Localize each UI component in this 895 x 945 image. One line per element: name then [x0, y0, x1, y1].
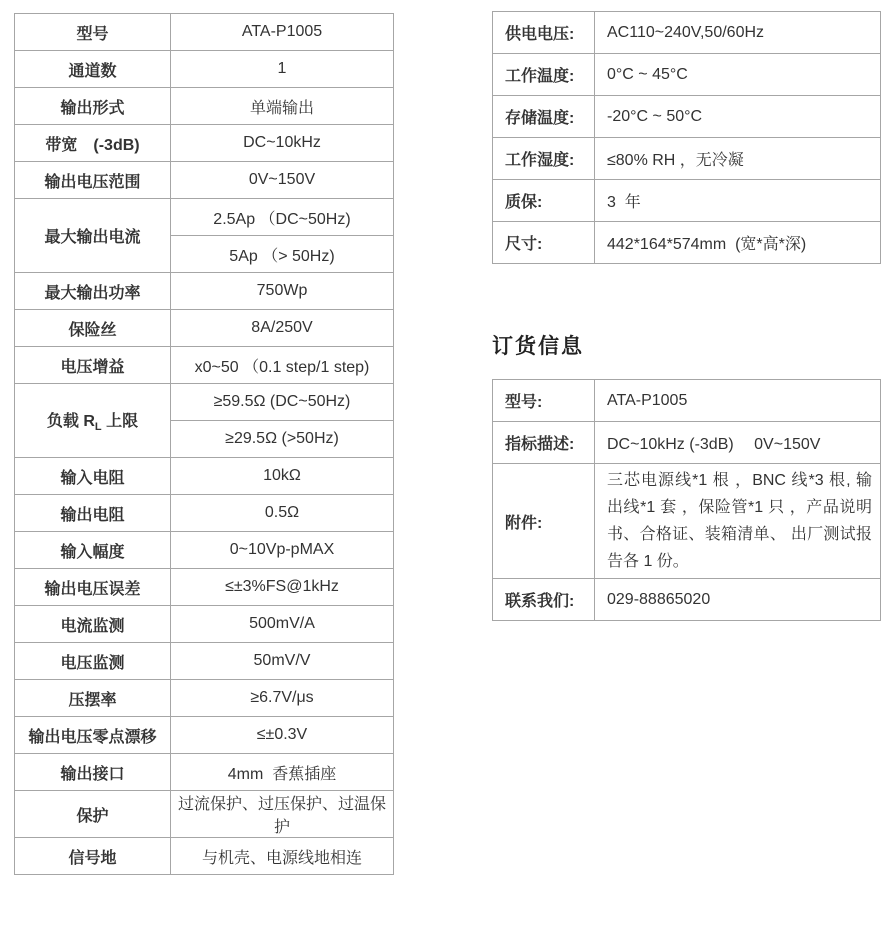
table-row: 输出电压范围 0V~150V: [15, 162, 394, 199]
environment-table: 供电电压: AC110~240V,50/60Hz 工作温度: 0°C ~ 45°…: [492, 11, 881, 264]
table-row: 输入电阻 10kΩ: [15, 458, 394, 495]
env-label: 供电电压:: [493, 12, 595, 54]
env-label: 尺寸:: [493, 222, 595, 264]
order-info-table: 型号: ATA-P1005 指标描述: DC~10kHz (-3dB) 0V~1…: [492, 379, 881, 621]
table-row: 输出电阻 0.5Ω: [15, 495, 394, 532]
order-label: 联系我们:: [493, 579, 595, 621]
spec-label: 压摆率: [15, 680, 171, 717]
spec-label: 带宽 (-3dB): [15, 125, 171, 162]
spec-label: 信号地: [15, 838, 171, 875]
table-row: 附件: 三芯电源线*1 根 ，BNC 线*3 根, 输出线*1 套 ，保险管*1…: [493, 464, 881, 579]
table-row: 指标描述: DC~10kHz (-3dB) 0V~150V: [493, 422, 881, 464]
spec-value: 2.5Ap （DC~50Hz): [171, 199, 394, 236]
spec-value: 8A/250V: [171, 310, 394, 347]
spec-label: 输出接口: [15, 754, 171, 791]
spec-table: 型号 ATA-P1005 通道数 1 输出形式 单端输出 带宽 (-3dB) D…: [14, 13, 394, 875]
spec-label: 输出电阻: [15, 495, 171, 532]
spec-value: x0~50 （0.1 step/1 step): [171, 347, 394, 384]
spec-value: 过流保护、过压保护、过温保护: [171, 791, 394, 838]
spec-value: ≥6.7V/μs: [171, 680, 394, 717]
spec-label: 输入电阻: [15, 458, 171, 495]
spec-label-text: 负载 R: [47, 413, 95, 430]
spec-value: 单端输出: [171, 88, 394, 125]
spec-label: 型号: [15, 14, 171, 51]
order-value: DC~10kHz (-3dB) 0V~150V: [595, 422, 881, 464]
table-row: 输出接口 4mm 香蕉插座: [15, 754, 394, 791]
table-row: 压摆率 ≥6.7V/μs: [15, 680, 394, 717]
env-value: 0°C ~ 45°C: [595, 54, 881, 96]
spec-label: 最大输出功率: [15, 273, 171, 310]
spec-label: 输出形式: [15, 88, 171, 125]
order-label: 指标描述:: [493, 422, 595, 464]
table-row: 电压监测 50mV/V: [15, 643, 394, 680]
env-label: 工作温度:: [493, 54, 595, 96]
table-row: 型号: ATA-P1005: [493, 380, 881, 422]
spec-value: 0V~150V: [171, 162, 394, 199]
spec-value: 500mV/A: [171, 606, 394, 643]
order-value-accessories: 三芯电源线*1 根 ，BNC 线*3 根, 输出线*1 套 ，保险管*1 只 ，…: [595, 464, 881, 579]
table-row: 供电电压: AC110~240V,50/60Hz: [493, 12, 881, 54]
spec-label: 输出电压误差: [15, 569, 171, 606]
table-row: 通道数 1: [15, 51, 394, 88]
spec-value: 1: [171, 51, 394, 88]
spec-value: 750Wp: [171, 273, 394, 310]
table-row: 最大输出电流 2.5Ap （DC~50Hz): [15, 199, 394, 236]
table-row: 工作湿度: ≤80% RH ，无冷凝: [493, 138, 881, 180]
spec-value: 50mV/V: [171, 643, 394, 680]
table-row: 型号 ATA-P1005: [15, 14, 394, 51]
env-value: -20°C ~ 50°C: [595, 96, 881, 138]
spec-value: ≤±3%FS@1kHz: [171, 569, 394, 606]
order-info-heading: 订货信息: [492, 330, 584, 360]
spec-label: 负载 RL 上限: [15, 384, 171, 458]
spec-label: 电流监测: [15, 606, 171, 643]
subscript-text: L: [95, 421, 102, 433]
spec-value: 5Ap （> 50Hz): [171, 236, 394, 273]
spec-value: 0~10Vp-pMAX: [171, 532, 394, 569]
env-label: 质保:: [493, 180, 595, 222]
spec-label: 通道数: [15, 51, 171, 88]
spec-value: DC~10kHz: [171, 125, 394, 162]
table-row: 电流监测 500mV/A: [15, 606, 394, 643]
spec-label: 输出电压范围: [15, 162, 171, 199]
env-value: ≤80% RH ，无冷凝: [595, 138, 881, 180]
env-label: 存储温度:: [493, 96, 595, 138]
table-row: 工作温度: 0°C ~ 45°C: [493, 54, 881, 96]
table-row: 联系我们: 029-88865020: [493, 579, 881, 621]
spec-value: 10kΩ: [171, 458, 394, 495]
table-row: 尺寸: 442*164*574mm (宽*高*深): [493, 222, 881, 264]
spec-label: 最大输出电流: [15, 199, 171, 273]
table-row: 质保: 3 年: [493, 180, 881, 222]
order-info-table-body: 型号: ATA-P1005 指标描述: DC~10kHz (-3dB) 0V~1…: [493, 380, 881, 621]
order-label: 型号:: [493, 380, 595, 422]
spec-label-text: 上限: [102, 413, 138, 430]
spec-value: ≥59.5Ω (DC~50Hz): [171, 384, 394, 421]
table-row: 电压增益 x0~50 （0.1 step/1 step): [15, 347, 394, 384]
order-value: ATA-P1005: [595, 380, 881, 422]
table-row: 负载 RL 上限 ≥59.5Ω (DC~50Hz): [15, 384, 394, 421]
table-row: 输入幅度 0~10Vp-pMAX: [15, 532, 394, 569]
spec-label: 保险丝: [15, 310, 171, 347]
table-row: 输出形式 单端输出: [15, 88, 394, 125]
env-value: AC110~240V,50/60Hz: [595, 12, 881, 54]
env-value: 3 年: [595, 180, 881, 222]
table-row: 最大输出功率 750Wp: [15, 273, 394, 310]
spec-label: 输出电压零点漂移: [15, 717, 171, 754]
spec-value: 0.5Ω: [171, 495, 394, 532]
env-label: 工作湿度:: [493, 138, 595, 180]
order-label: 附件:: [493, 464, 595, 579]
spec-value: ATA-P1005: [171, 14, 394, 51]
spec-value: 4mm 香蕉插座: [171, 754, 394, 791]
table-row: 存储温度: -20°C ~ 50°C: [493, 96, 881, 138]
table-row: 保护 过流保护、过压保护、过温保护: [15, 791, 394, 838]
table-row: 输出电压误差 ≤±3%FS@1kHz: [15, 569, 394, 606]
spec-value: ≤±0.3V: [171, 717, 394, 754]
spec-label: 电压增益: [15, 347, 171, 384]
spec-value: 与机壳、电源线地相连: [171, 838, 394, 875]
table-row: 信号地 与机壳、电源线地相连: [15, 838, 394, 875]
spec-label: 输入幅度: [15, 532, 171, 569]
spec-table-body: 型号 ATA-P1005 通道数 1 输出形式 单端输出 带宽 (-3dB) D…: [15, 14, 394, 875]
table-row: 保险丝 8A/250V: [15, 310, 394, 347]
spec-label: 保护: [15, 791, 171, 838]
environment-table-body: 供电电压: AC110~240V,50/60Hz 工作温度: 0°C ~ 45°…: [493, 12, 881, 264]
spec-value: ≥29.5Ω (>50Hz): [171, 421, 394, 458]
env-value: 442*164*574mm (宽*高*深): [595, 222, 881, 264]
table-row: 输出电压零点漂移 ≤±0.3V: [15, 717, 394, 754]
spec-label: 电压监测: [15, 643, 171, 680]
table-row: 带宽 (-3dB) DC~10kHz: [15, 125, 394, 162]
order-value-phone: 029-88865020: [595, 579, 881, 621]
